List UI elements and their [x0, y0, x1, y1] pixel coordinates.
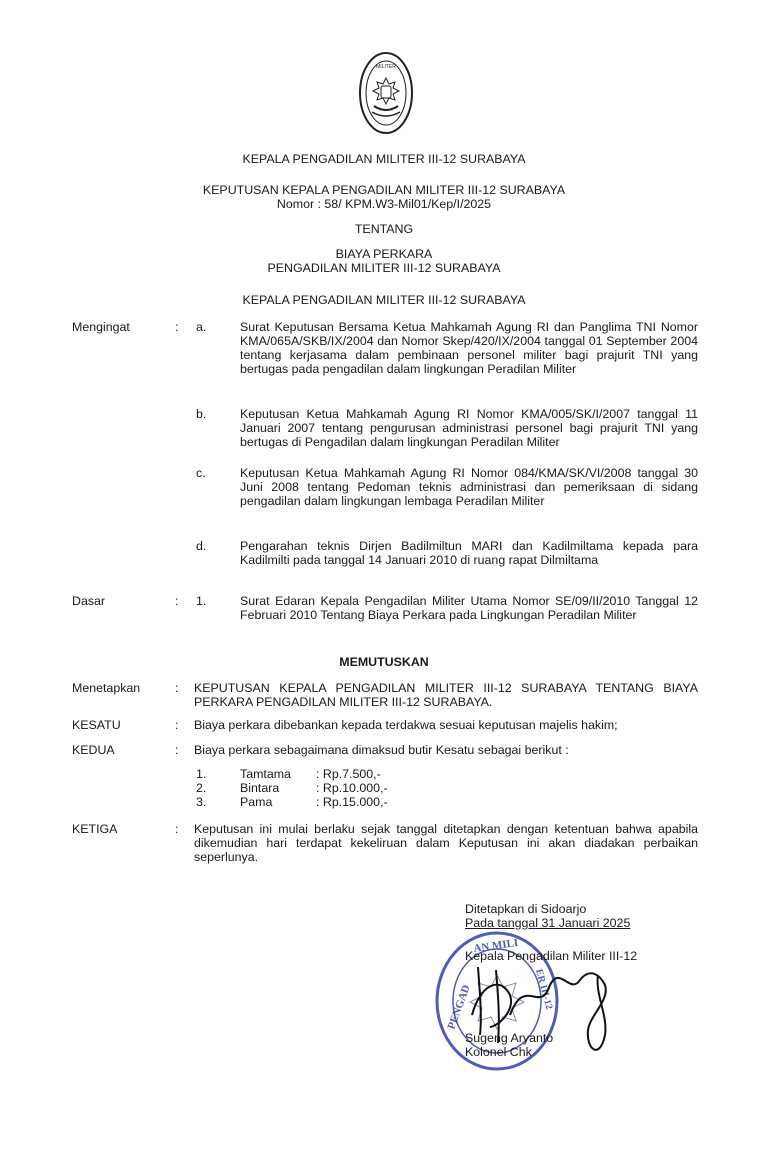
section-label: KEDUA	[72, 743, 115, 757]
kesatu-section: KESATU : Biaya perkara dibebankan kepada…	[72, 718, 698, 734]
colon: :	[175, 718, 178, 732]
section-label: KESATU	[72, 718, 121, 732]
decision-number: Nomor : 58/ KPM.W3-Mil01/Kep/I/2025	[0, 197, 768, 211]
item-marker: a.	[196, 320, 206, 334]
subject-line-2: PENGADILAN MILITER III-12 SURABAYA	[0, 261, 768, 275]
section-text: Keputusan ini mulai berlaku sejak tangga…	[194, 822, 698, 864]
list-item-text: Keputusan Ketua Mahkamah Agung RI Nomor …	[240, 407, 698, 449]
fee-row: 2. Bintara : Rp.10.000,-	[196, 782, 496, 795]
section-text: Biaya perkara sebagaimana dimaksud butir…	[194, 743, 698, 757]
issuer-heading: KEPALA PENGADILAN MILITER III-12 SURABAY…	[0, 152, 768, 166]
fee-amount: : Rp.15.000,-	[316, 796, 388, 809]
signer-name: Sugeng Aryanto	[465, 1031, 553, 1045]
colon: :	[175, 594, 178, 608]
list-item-text: Pengarahan teknis Dirjen Badilmiltun MAR…	[240, 539, 698, 567]
colon: :	[175, 681, 178, 695]
menetapkan-section: Menetapkan : KEPUTUSAN KEPALA PENGADILAN…	[72, 681, 698, 711]
fee-amount: : Rp.10.000,-	[316, 782, 388, 795]
decision-heading: MEMUTUSKAN	[0, 655, 768, 669]
section-label: Mengingat	[72, 320, 130, 334]
fee-row: 1. Tamtama : Rp.7.500,-	[196, 768, 496, 781]
list-item-text: Keputusan Ketua Mahkamah Agung RI Nomor …	[240, 466, 698, 508]
fee-row: 3. Pama : Rp.15.000,-	[196, 796, 496, 809]
dasar-section: Dasar : 1. Surat Edaran Kepala Pengadila…	[72, 594, 698, 638]
section-text: KEPUTUSAN KEPALA PENGADILAN MILITER III-…	[194, 681, 698, 709]
colon: :	[175, 320, 178, 334]
mengingat-section: Mengingat : a. Surat Keputusan Bersama K…	[72, 320, 698, 390]
mengingat-item-d: d. Pengarahan teknis Dirjen Badilmiltun …	[72, 539, 698, 569]
fee-rank: Bintara	[240, 782, 279, 795]
item-marker: b.	[196, 407, 206, 421]
signing-place: Ditetapkan di Sidoarjo	[465, 902, 586, 916]
fee-amount: : Rp.7.500,-	[316, 768, 381, 781]
section-label: Dasar	[72, 594, 105, 608]
mengingat-item-c: c. Keputusan Ketua Mahkamah Agung RI Nom…	[72, 466, 698, 524]
fee-number: 1.	[196, 768, 206, 781]
subject-line-1: BIAYA PERKARA	[0, 247, 768, 261]
signer-rank: Kolonel Chk	[465, 1045, 532, 1059]
item-marker: d.	[196, 539, 206, 553]
section-label: Menetapkan	[72, 681, 140, 695]
fee-number: 2.	[196, 782, 206, 795]
list-item-text: Surat Keputusan Bersama Ketua Mahkamah A…	[240, 320, 698, 376]
colon: :	[175, 822, 178, 836]
issuer-heading-2: KEPALA PENGADILAN MILITER III-12 SURABAY…	[0, 293, 768, 307]
about-heading: TENTANG	[0, 222, 768, 236]
colon: :	[175, 743, 178, 757]
fee-rank: Tamtama	[240, 768, 291, 781]
fee-number: 3.	[196, 796, 206, 809]
kedua-section: KEDUA : Biaya perkara sebagaimana dimaks…	[72, 743, 698, 759]
svg-text:MILITER: MILITER	[376, 64, 396, 70]
signing-date: Pada tanggal 31 Januari 2025	[465, 916, 630, 930]
item-marker: 1.	[196, 594, 206, 608]
decision-title: KEPUTUSAN KEPALA PENGADILAN MILITER III-…	[0, 183, 768, 197]
mengingat-item-b: b. Keputusan Ketua Mahkamah Agung RI Nom…	[72, 407, 698, 451]
section-text: Biaya perkara dibebankan kepada terdakwa…	[194, 718, 698, 732]
ketiga-section: KETIGA : Keputusan ini mulai berlaku sej…	[72, 822, 698, 866]
svg-text:PENGAD: PENGAD	[446, 983, 473, 1031]
section-label: KETIGA	[72, 822, 117, 836]
list-item-text: Surat Edaran Kepala Pengadilan Militer U…	[240, 594, 698, 622]
court-emblem-icon: MILITER	[358, 48, 414, 138]
item-marker: c.	[196, 466, 206, 480]
fee-rank: Pama	[240, 796, 272, 809]
